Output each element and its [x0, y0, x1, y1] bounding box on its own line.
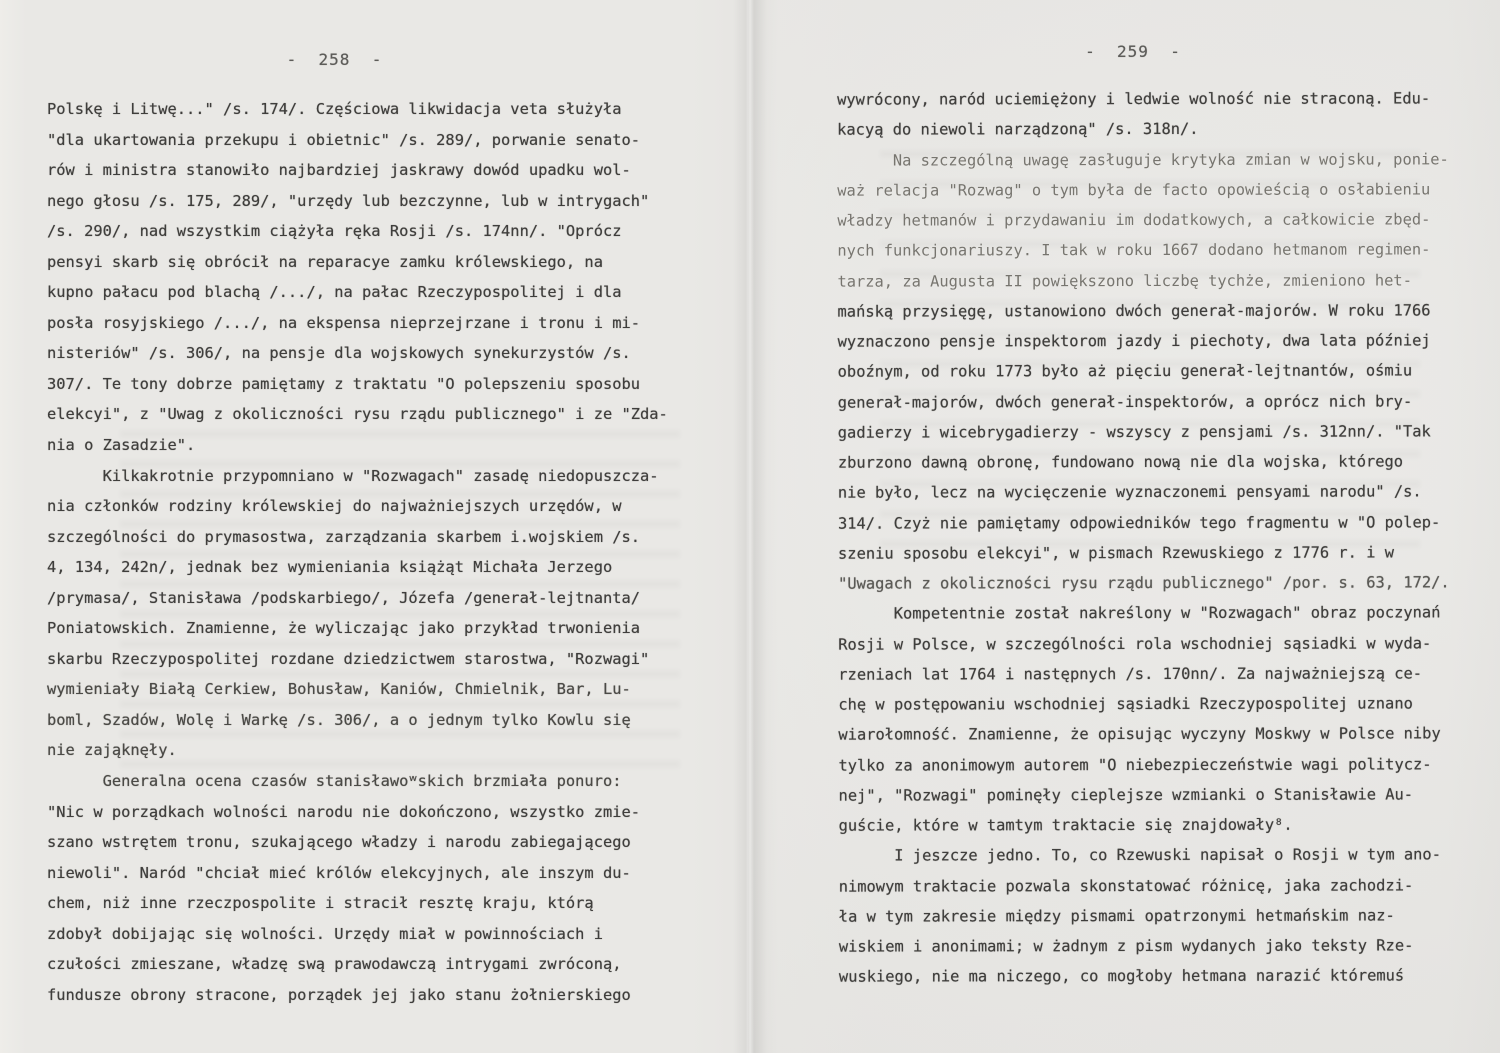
text-line: nego głosu /s. 175, 289/, "urzędy lub be…	[47, 186, 668, 217]
text-line: zdobył dobijając się wolności. Urzędy mi…	[47, 919, 668, 950]
text-line: guście, które w tamtym traktacie się zna…	[839, 809, 1451, 841]
text-line: wyznaczono pensje inspektorom jazdy i pi…	[838, 325, 1450, 357]
text-line: fundusze obrony stracone, porządek jej j…	[47, 980, 668, 1011]
text-line: tarza, za Augusta II powiększono liczbę …	[837, 265, 1449, 297]
text-line: nych funkcjonariuszy. I tak w roku 1667 …	[837, 235, 1449, 267]
text-line: tylko za anonimowym autorem "O niebezpie…	[838, 749, 1450, 781]
text-line: /s. 290/, nad wszystkim ciążyła ręka Ros…	[47, 216, 668, 247]
text-line: szeniu sposobu elekcyi", w pismach Rzewu…	[838, 537, 1450, 569]
text-line: generał-majorów, dwóch generał-inspektor…	[838, 386, 1450, 418]
text-line: elekcyi", z "Uwag z okoliczności rysu rz…	[47, 399, 668, 430]
text-line: kupno pałacu pod blachą /.../, na pałac …	[47, 277, 668, 308]
text-line: waż relacja "Rozwag" o tym była de facto…	[837, 174, 1449, 206]
text-line: nimowym traktacie pozwala skonstatować r…	[839, 870, 1451, 902]
text-line: Kompetentnie został nakreślony w "Rozwag…	[838, 598, 1450, 630]
text-line: chem, niż inne rzeczpospolite i stracił …	[47, 888, 668, 919]
page-number-258: - 258 -	[47, 50, 622, 69]
page-number-259: - 259 -	[838, 42, 1428, 61]
text-line: Na szczególną uwagę zasługuje krytyka zm…	[837, 144, 1449, 176]
page-258-text: Polskę i Litwę..." /s. 174/. Częściowa l…	[47, 94, 668, 1010]
text-line: zburzono dawną obronę, fundowano nową ni…	[838, 446, 1450, 478]
text-line: Generalna ocena czasów stanisławoʷskich …	[47, 766, 668, 797]
text-line: rzeniach lat 1764 i następnych /s. 170nn…	[838, 658, 1450, 690]
text-line: 4, 134, 242n/, jednak bez wymieniania ks…	[47, 552, 668, 583]
text-line: nie było, lecz na wycięczenie wyznaczone…	[838, 477, 1450, 509]
text-line: nia członków rodziny królewskiej do najw…	[47, 491, 668, 522]
page-gutter-fold	[733, 0, 767, 1053]
text-line: wuskiego, nie ma niczego, co mogłoby het…	[839, 961, 1451, 993]
text-line: "Nic w porządkach wolności narodu nie do…	[47, 797, 668, 828]
text-line: wywrócony, naród uciemiężony i ledwie wo…	[837, 83, 1449, 115]
text-line: "Uwagach z okoliczności rysu rządu publi…	[838, 567, 1450, 599]
text-line: chę w postępowaniu wschodniej sąsiadki R…	[838, 688, 1450, 720]
text-line: ła w tym zakresie między pismami opatrzo…	[839, 900, 1451, 932]
text-line: Polskę i Litwę..." /s. 174/. Częściowa l…	[47, 94, 668, 125]
text-line: Poniatowskich. Znamienne, że wyliczając …	[47, 613, 668, 644]
text-line: /prymasa/, Stanisława /podskarbiego/, Jó…	[47, 583, 668, 614]
text-line: skarbu Rzeczypospolitej rozdane dziedzic…	[47, 644, 668, 675]
text-line: kacyą do niewoli narządzoną" /s. 318n/.	[837, 114, 1449, 146]
text-line: 307/. Te tony dobrze pamiętamy z traktat…	[47, 369, 668, 400]
text-line: Kilkakrotnie przypomniano w "Rozwagach" …	[47, 461, 668, 492]
text-line: władzy hetmanów i przydawaniu im dodatko…	[837, 204, 1449, 236]
text-line: I jeszcze jedno. To, co Rzewuski napisał…	[839, 840, 1451, 872]
text-line: pensyi skarb się obrócił na reparacye za…	[47, 247, 668, 278]
text-line: oboźnym, od roku 1773 było aż pięciu gen…	[838, 356, 1450, 388]
text-line: szczególności do prymasostwa, zarządzani…	[47, 522, 668, 553]
text-line: 314/. Czyż nie pamiętamy odpowiedników t…	[838, 507, 1450, 539]
text-line: nej", "Rozwagi" pominęły cieplejsze wzmi…	[839, 779, 1451, 811]
text-line: boml, Szadów, Wolę i Warkę /s. 306/, a o…	[47, 705, 668, 736]
text-line: szano wstrętem tronu, szukającego władzy…	[47, 827, 668, 858]
text-line: nia o Zasadzie".	[47, 430, 668, 461]
text-line: nisteriów" /s. 306/, na pensje dla wojsk…	[47, 338, 668, 369]
text-line: wiskiem i anonimami; w żadnym z pism wyd…	[839, 930, 1451, 962]
text-line: "dla ukartowania przekupu i obietnic" /s…	[47, 125, 668, 156]
text-line: posła rosyjskiego /.../, na ekspensa nie…	[47, 308, 668, 339]
text-line: czułości zmieszane, władzę swą prawodawc…	[47, 949, 668, 980]
text-line: gadierzy i wicebrygadierzy - wszyscy z p…	[838, 416, 1450, 448]
text-line: nie zająknęły.	[47, 735, 668, 766]
book-scan: - 258 - - 259 - Polskę i Litwę..." /s. 1…	[0, 0, 1500, 1053]
text-line: rów i ministra stanowiło najbardziej jas…	[47, 155, 668, 186]
text-line: wiarołomność. Znamienne, że opisując wyc…	[838, 719, 1450, 751]
page-259-text: wywrócony, naród uciemiężony i ledwie wo…	[837, 83, 1450, 992]
text-line: mańską przysięgę, ustanowiono dwóch gene…	[837, 295, 1449, 327]
text-line: niewoli". Naród "chciał mieć królów elek…	[47, 858, 668, 889]
text-line: wymieniały Białą Cerkiew, Bohusław, Kani…	[47, 674, 668, 705]
text-line: Rosji w Polsce, w szczególności rola wsc…	[838, 628, 1450, 660]
